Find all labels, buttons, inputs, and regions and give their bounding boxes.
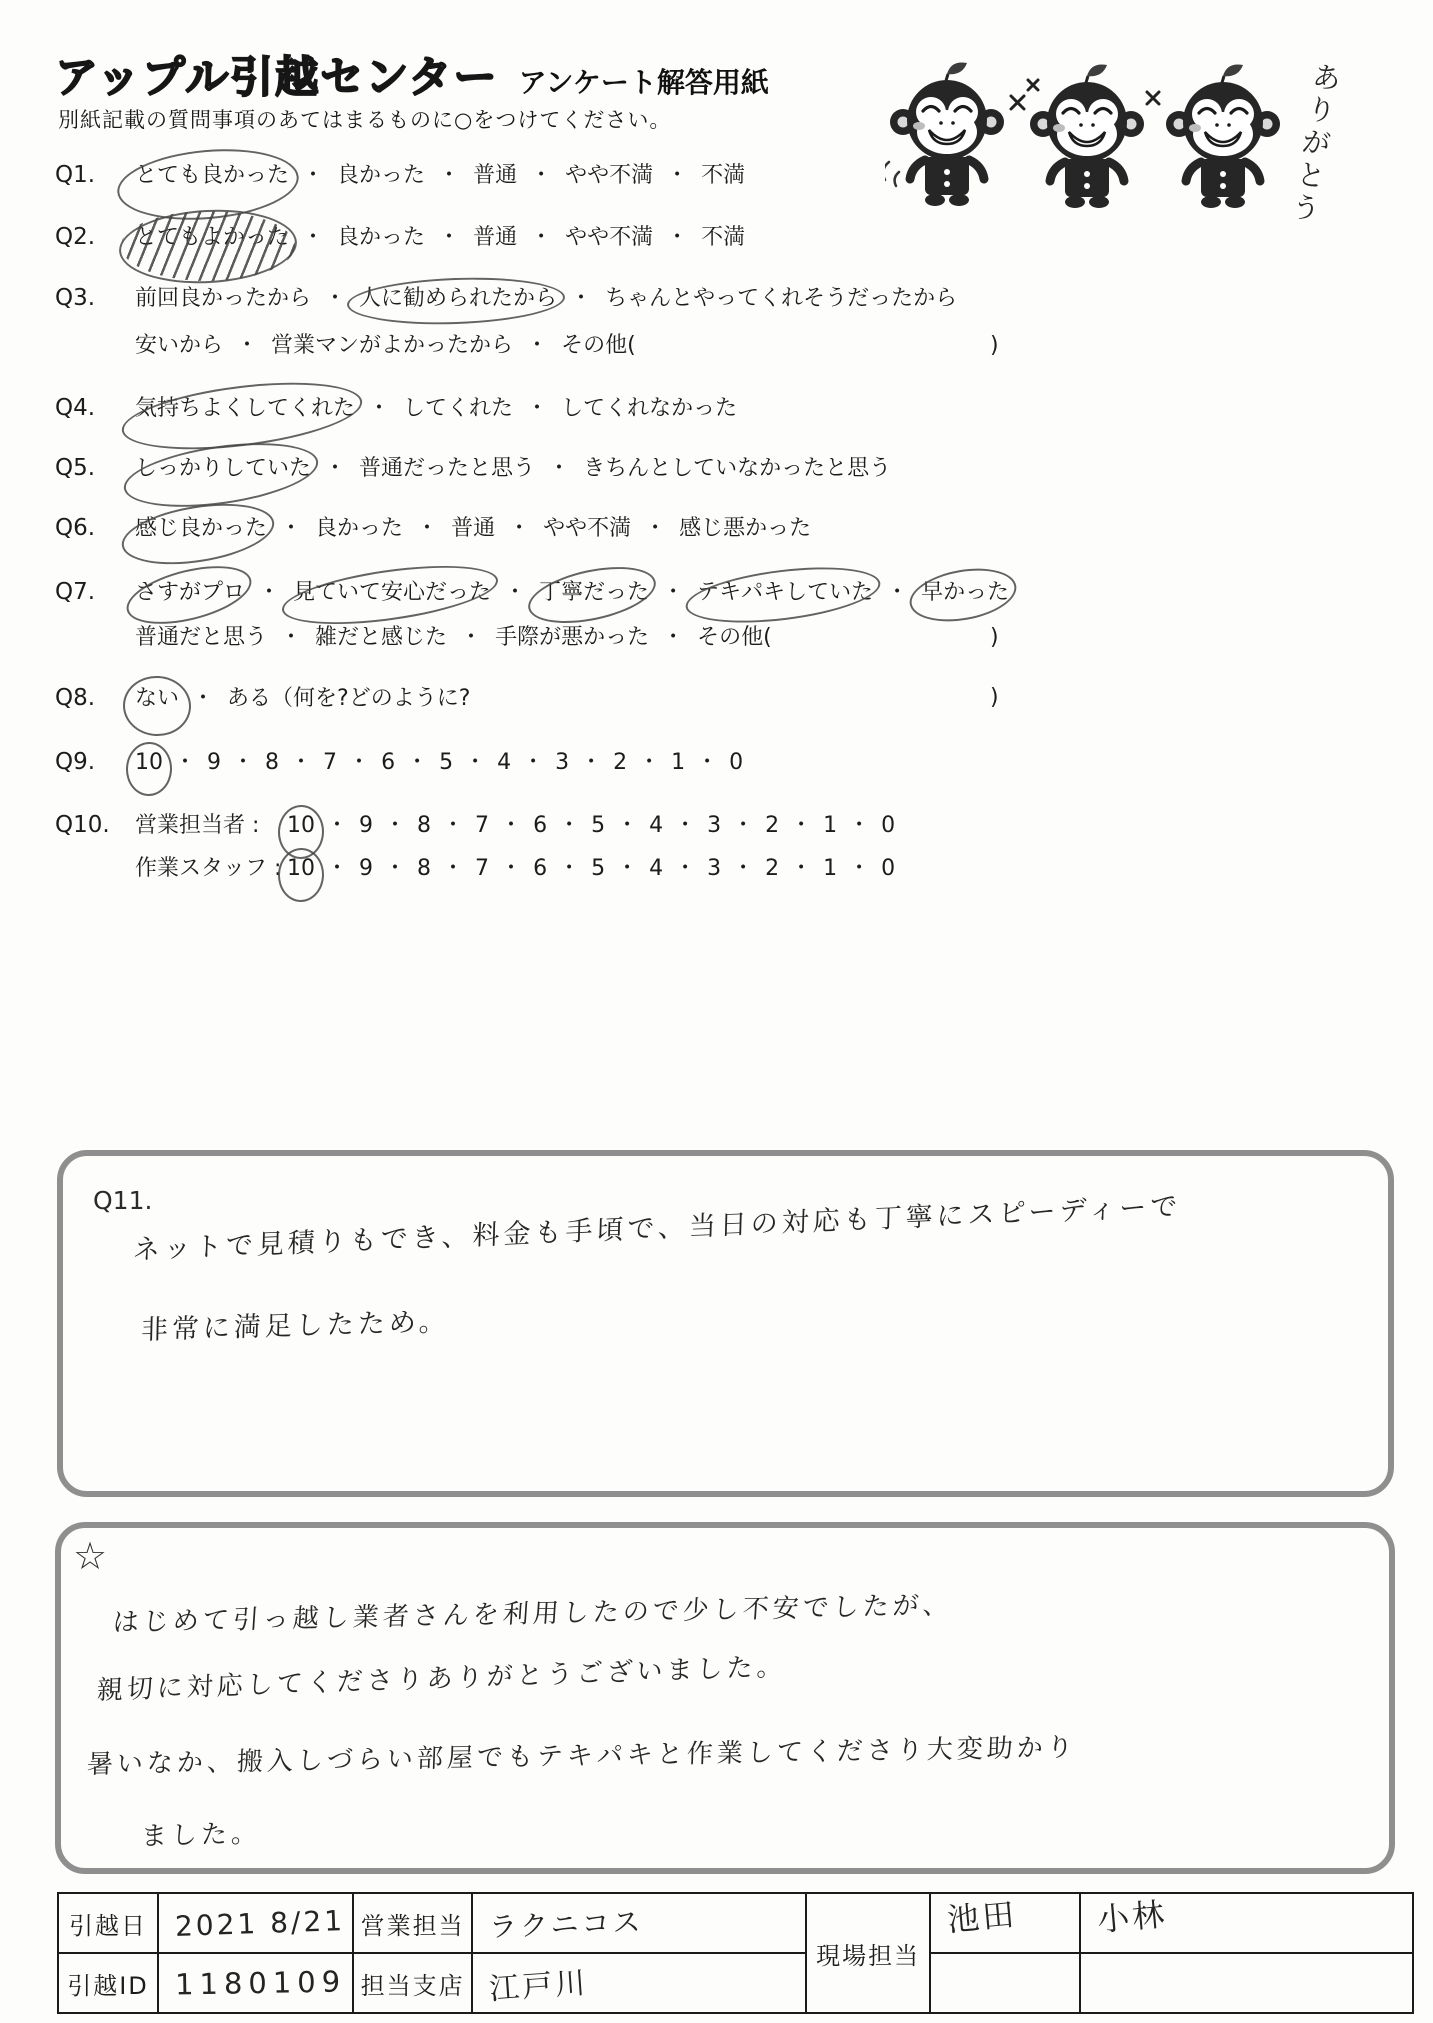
close-paren: ) <box>990 331 999 361</box>
option-circled: 感じ良かった <box>135 514 267 544</box>
option: 手際が悪かった <box>447 623 649 653</box>
option-circled: 丁寧だった <box>491 578 649 608</box>
option: 普通 <box>403 514 495 544</box>
option: その他( <box>513 331 636 361</box>
scale-value-circled: 10 <box>135 748 163 778</box>
scale-value: 0 <box>685 748 743 778</box>
option: 営業マンがよかったから <box>223 331 513 361</box>
scale-row-label: 営業担当者 : <box>135 811 287 841</box>
scale-value: 3 <box>663 854 721 884</box>
brand-logo-text: アップル引越センター <box>55 44 499 105</box>
form-title: アンケート解答用紙 <box>519 61 769 105</box>
scale-value-circled: 10 <box>287 854 315 884</box>
scale-value: 1 <box>779 811 837 841</box>
move-date-label: 引越日 <box>58 1893 158 1953</box>
scale-value: 7 <box>431 854 489 884</box>
field-staff-label: 現場担当 <box>806 1893 930 2013</box>
question-id: Q2. <box>55 222 135 252</box>
option-circled: ない <box>135 684 179 714</box>
question-row-q4: Q4. 気持ちよくしてくれた してくれた してくれなかった <box>55 393 1405 424</box>
question-row-q10-sales: Q10. 営業担当者 : 10 9 8 7 6 5 4 3 2 1 0 <box>55 810 1405 841</box>
option: 良かった <box>267 514 403 544</box>
scale-value: 8 <box>373 854 431 884</box>
question-row-q9: Q9. 10 9 8 7 6 5 4 3 2 1 0 <box>55 747 1405 778</box>
option: 良かった <box>289 223 425 253</box>
question-row-q6: Q6. 感じ良かった 良かった 普通 やや不満 感じ悪かった <box>55 513 1405 544</box>
scale-value: 2 <box>721 811 779 841</box>
scale-value: 1 <box>779 854 837 884</box>
option-circled: 早かった <box>873 578 1009 608</box>
scale-value: 2 <box>721 854 779 884</box>
scale-value: 5 <box>547 811 605 841</box>
question-row-q3-line2: 安いから 営業マンがよかったから その他( ) <box>55 331 1405 361</box>
scale-value: 8 <box>373 811 431 841</box>
field-staff-name-2: 小林 <box>1080 1893 1413 1953</box>
scale-value: 6 <box>337 748 395 778</box>
scale-value: 5 <box>395 748 453 778</box>
field-staff-name-1: 池田 <box>930 1893 1080 1953</box>
move-id-value: 1180109 <box>158 1953 353 2013</box>
option: 感じ悪かった <box>631 514 811 544</box>
scale-value: 7 <box>279 748 337 778</box>
question-id: Q10. <box>55 810 135 840</box>
option: やや不満 <box>517 161 653 191</box>
scale-value: 3 <box>663 811 721 841</box>
option-circled: テキパキしていた <box>649 578 873 608</box>
header: アップル引越センター アンケート解答用紙 <box>55 44 769 105</box>
option-circled: 人に勧められたから <box>311 284 557 314</box>
option: 普通だったと思う <box>311 454 535 484</box>
option-circled: さすがプロ <box>135 578 245 608</box>
question-id: Q8. <box>55 683 135 713</box>
move-date-value: 2021 8/21 <box>158 1893 353 1953</box>
option: 不満 <box>653 161 745 191</box>
option: 普通 <box>425 223 517 253</box>
scale-row-label: 作業スタッフ : <box>135 854 287 884</box>
sales-rep-value: ラクニコス <box>472 1893 806 1953</box>
option: 良かった <box>289 161 425 191</box>
scale-value: 1 <box>627 748 685 778</box>
question-id: Q9. <box>55 747 135 777</box>
scale-value: 9 <box>315 811 373 841</box>
comment-handwriting-line4: ました。 <box>141 1813 262 1853</box>
free-comment-box: ☆ はじめて引っ越し業者さんを利用したので少し不安でしたが、 親切に対応してくだ… <box>55 1522 1395 1874</box>
empty-cell <box>1080 1953 1413 2013</box>
option: 安いから <box>135 331 223 361</box>
survey-sheet: アップル引越センター アンケート解答用紙 別紙記載の質問事項のあてはまるものに○… <box>0 0 1433 2023</box>
question-id: Q1. <box>55 160 135 190</box>
question-row-q1: Q1. とても良かった 良かった 普通 やや不満 不満 <box>55 160 1405 191</box>
question-id: Q6. <box>55 513 135 543</box>
q11-handwriting-line2: 非常に満足したため。 <box>141 1299 451 1347</box>
q11-comment-box: Q11. ネットで見積りもでき、料金も手頃で、当日の対応も丁寧にスピーディーで … <box>57 1150 1394 1497</box>
question-row-q3: Q3. 前回良かったから 人に勧められたから ちゃんとやってくれそうだったから <box>55 283 1405 314</box>
option: やや不満 <box>495 514 631 544</box>
comment-handwriting-line1: はじめて引っ越し業者さんを利用したので少し不安でしたが、 <box>112 1584 954 1639</box>
instruction-text: 別紙記載の質問事項のあてはまるものに○をつけてください。 <box>58 104 671 134</box>
option: 不満 <box>653 223 745 253</box>
scale-value: 0 <box>837 811 895 841</box>
option: 普通 <box>425 161 517 191</box>
branch-value: 江戸川 <box>472 1953 806 2013</box>
option: してくれた <box>355 394 513 424</box>
option-circled: とても良かった <box>135 161 289 191</box>
option: やや不満 <box>517 223 653 253</box>
option: ちゃんとやってくれそうだったから <box>557 284 957 314</box>
scale-value: 6 <box>489 854 547 884</box>
option: 前回良かったから <box>135 284 311 314</box>
scale-value: 6 <box>489 811 547 841</box>
q11-label: Q11. <box>93 1186 152 1215</box>
close-paren: ) <box>990 623 999 653</box>
option-circled-scribbled: とてもよかった <box>135 223 289 253</box>
option: してくれなかった <box>513 394 737 424</box>
question-id: Q3. <box>55 283 135 313</box>
scale-value: 2 <box>569 748 627 778</box>
question-row-q5: Q5. しっかりしていた 普通だったと思う きちんとしていなかったと思う <box>55 453 1405 484</box>
scale-value: 8 <box>221 748 279 778</box>
question-row-q7-line2: 普通だと思う 雑だと感じた 手際が悪かった その他( ) <box>55 623 1405 653</box>
question-row-q10-staff: 作業スタッフ : 10 9 8 7 6 5 4 3 2 1 0 <box>55 854 1405 884</box>
empty-cell <box>930 1953 1080 2013</box>
option: ある（何を?どのように? <box>179 684 470 714</box>
scale-value: 3 <box>511 748 569 778</box>
option: きちんとしていなかったと思う <box>535 454 891 484</box>
scale-value-circled: 10 <box>287 811 315 841</box>
scale-value: 0 <box>837 854 895 884</box>
question-row-q7: Q7. さすがプロ 見ていて安心だった 丁寧だった テキパキしていた 早かった <box>55 577 1405 608</box>
comment-handwriting-line3: 暑いなか、搬入しづらい部屋でもテキパキと作業してくださり大変助かり <box>86 1727 1077 1781</box>
star-icon: ☆ <box>73 1534 107 1578</box>
table-row: 引越ID 1180109 担当支店 江戸川 <box>58 1953 1413 2013</box>
option-circled: 気持ちよくしてくれた <box>135 394 355 424</box>
option: 普通だと思う <box>135 623 267 653</box>
question-id: Q7. <box>55 577 135 607</box>
scale-value: 9 <box>315 854 373 884</box>
option: 雑だと感じた <box>267 623 447 653</box>
scale-value: 4 <box>453 748 511 778</box>
scale-value: 4 <box>605 811 663 841</box>
question-row-q8: Q8. ない ある（何を?どのように? ) <box>55 683 1405 714</box>
q11-handwriting-line1: ネットで見積りもでき、料金も手頃で、当日の対応も丁寧にスピーディーで <box>132 1184 1181 1267</box>
table-row: 引越日 2021 8/21 営業担当 ラクニコス 現場担当 池田 小林 <box>58 1893 1413 1953</box>
thanks-handwriting: ありがとう <box>1282 59 1348 228</box>
comment-handwriting-line2: 親切に対応してくださりありがとうございました。 <box>96 1646 787 1707</box>
question-id: Q4. <box>55 393 135 423</box>
scale-value: 4 <box>605 854 663 884</box>
branch-label: 担当支店 <box>353 1953 472 2013</box>
sales-rep-label: 営業担当 <box>353 1893 472 1953</box>
scale-value: 7 <box>431 811 489 841</box>
scale-value: 5 <box>547 854 605 884</box>
option-circled: 見ていて安心だった <box>245 578 491 608</box>
footer-info-table: 引越日 2021 8/21 営業担当 ラクニコス 現場担当 池田 小林 引越ID… <box>57 1892 1414 2014</box>
option-circled: しっかりしていた <box>135 454 311 484</box>
scale-value: 9 <box>163 748 221 778</box>
close-paren: ) <box>990 683 999 713</box>
question-row-q2: Q2. とてもよかった 良かった 普通 やや不満 不満 <box>55 222 1405 253</box>
move-id-label: 引越ID <box>58 1953 158 2013</box>
option: その他( <box>649 623 772 653</box>
question-id: Q5. <box>55 453 135 483</box>
